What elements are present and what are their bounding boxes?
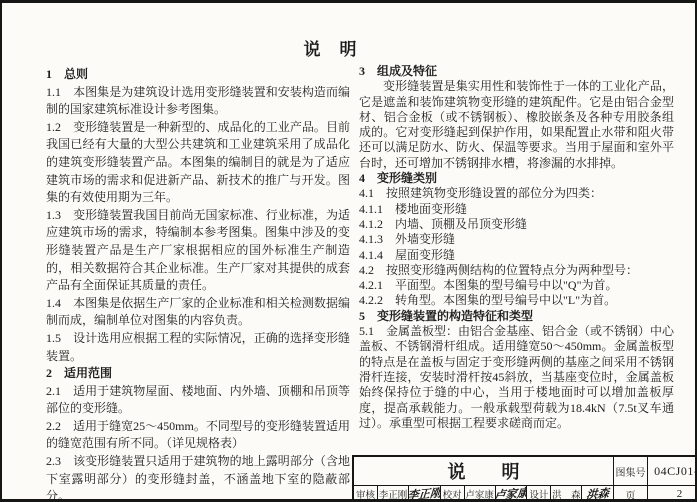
paragraph-4-2: 4.2 按照变形缝两侧结构的位置特点分为两种型号： [359, 263, 674, 278]
title-block-title: 说 明 [354, 457, 613, 485]
left-column: 1 总则 1.1 本图集是为建筑设计选用变形缝装置和安装构造而编制的国家建筑标准… [46, 66, 350, 502]
page-label: 页 [613, 485, 647, 502]
checker-name: 卢家康 [465, 486, 496, 502]
atlas-number-label: 图集号 [613, 457, 647, 485]
paragraph-4-1-1: 4.1.1 楼地面变形缝 [359, 202, 674, 217]
paragraph-4-2-2: 4.2.2 转角型。本图集的型号编号中以"L"为首。 [359, 293, 674, 308]
reviewer-signature-text: 李正刚 [409, 486, 441, 502]
section-heading-4: 4 变形缝类别 [359, 171, 674, 186]
reviewer-signature: 李正刚 [409, 486, 441, 502]
section-heading-1: 1 总则 [46, 66, 350, 84]
right-column: 3 组成及特征 变形缝装置是集实用性和装饰性于一体的工业化产品，它是遮盖和装饰建… [359, 64, 674, 431]
paragraph-5-1: 5.1 金属盖板型：由铝合金基座、铝合金（或不锈钢）中心盖板、不锈钢滑杆组成。适… [359, 324, 674, 431]
title-block: 说 明 图集号 04CJ01-1 审核 李正刚 李正刚 校对 卢家康 卢家康 设… [352, 455, 695, 499]
designer-signature-text: 洪森 [586, 486, 610, 502]
designer-signature: 洪森 [582, 486, 613, 502]
section-heading-2: 2 适用范围 [46, 365, 350, 383]
paragraph-3: 变形缝装置是集实用性和装饰性于一体的工业化产品，它是遮盖和装饰建筑物变形缝的建筑… [359, 79, 674, 171]
paragraph-4-1-3: 4.1.3 外墙变形缝 [359, 232, 674, 247]
paragraph-1-4: 1.4 本图集是依据生产厂家的企业标准和相关检测数据编制而成，编制单位对图集的内… [46, 295, 350, 330]
page-number: 2 [647, 485, 697, 502]
document-page: 说 明 1 总则 1.1 本图集是为建筑设计选用变形缝装置和安装构造而编制的国家… [0, 0, 697, 502]
signature-row: 审核 李正刚 李正刚 校对 卢家康 卢家康 设计 洪 森 洪森 [354, 485, 613, 502]
paragraph-2-3: 2.3 该变形缝装置只适用于建筑物的地上露明部分（含地下室露明部分）的变形缝封盖… [46, 453, 350, 502]
paragraph-4-2-1: 4.2.1 平面型。本图集的型号编号中以"Q"为首。 [359, 278, 674, 293]
checker-signature: 卢家康 [496, 486, 528, 502]
section-heading-5: 5 变形缝装置的构造特征和类型 [359, 309, 674, 324]
paragraph-1-1: 1.1 本图集是为建筑设计选用变形缝装置和安装构造而编制的国家建筑标准设计参考图… [46, 84, 350, 119]
page-title: 说 明 [0, 35, 677, 60]
paragraph-4-1: 4.1 按照建筑物变形缝设置的部位分为四类： [359, 186, 674, 201]
paragraph-1-2: 1.2 变形缝装置是一种新型的、成品化的工业产品。目前我国已经有大量的大型公共建… [46, 119, 350, 207]
reviewer-label: 审核 [354, 486, 378, 502]
paragraph-2-2: 2.2 适用于缝宽25～450mm。不同型号的变形缝装置适用的缝宽范围有所不同。… [46, 418, 350, 453]
section-heading-3: 3 组成及特征 [359, 64, 674, 79]
paragraph-4-1-2: 4.1.2 内墙、顶棚及吊顶变形缝 [359, 217, 674, 232]
paragraph-1-5: 1.5 设计选用应根据工程的实际情况，正确的选择变形缝装置。 [46, 330, 350, 365]
checker-signature-text: 卢家康 [496, 486, 528, 502]
atlas-number: 04CJ01-1 [647, 457, 697, 485]
paragraph-2-1: 2.1 适用于建筑物屋面、楼地面、内外墙、顶棚和吊顶等部位的变形缝。 [46, 383, 350, 418]
checker-label: 校对 [441, 486, 465, 502]
reviewer-name: 李正刚 [378, 486, 409, 502]
paragraph-4-1-4: 4.1.4 屋面变形缝 [359, 248, 674, 263]
designer-name: 洪 森 [551, 486, 582, 502]
paragraph-1-3: 1.3 变形缝装置我国目前尚无国家标准、行业标准，为适应建筑市场的需求，特编制本… [46, 207, 350, 295]
designer-label: 设计 [527, 486, 551, 502]
